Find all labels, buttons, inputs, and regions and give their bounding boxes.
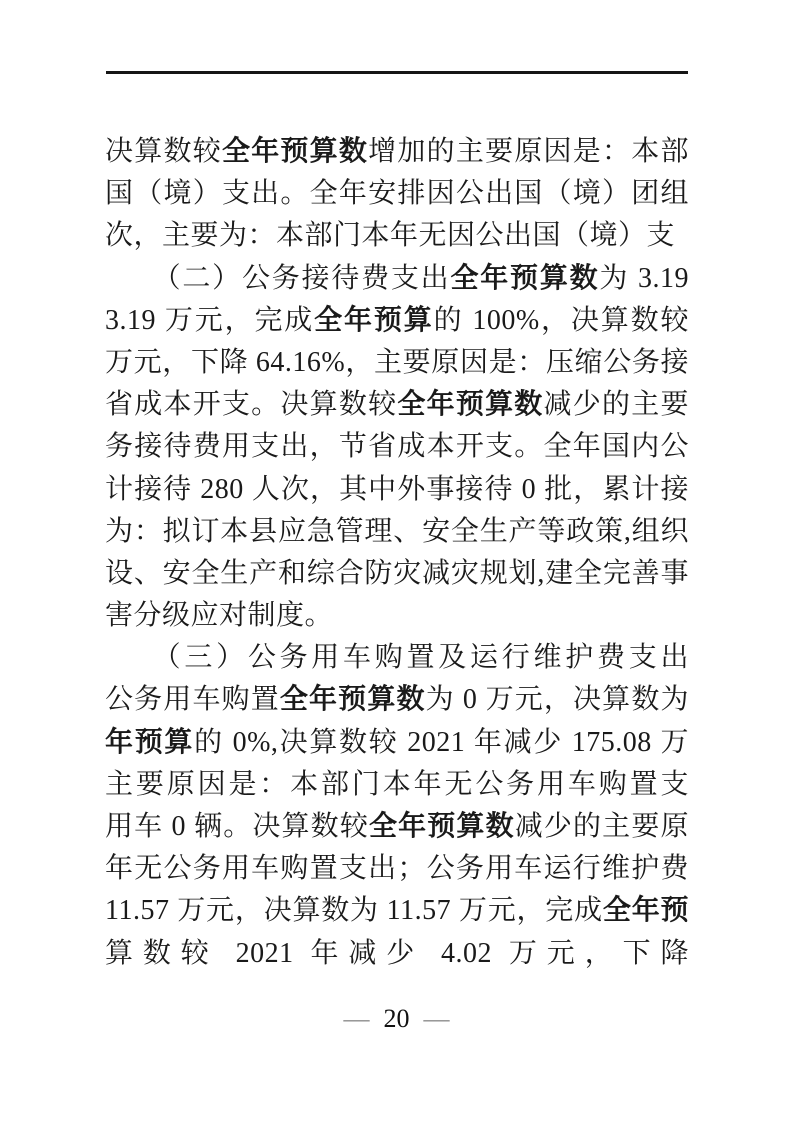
text-segment: 年无公务用车购置支出；公务用车运行维护费支出 (105, 853, 689, 890)
text-line: 3.19 万元，完成全年预算的 100%，决算数较 2021 年减少 5.71 (105, 300, 689, 342)
text-line: 用车 0 辆。决算数较全年预算数减少的主要原因是：本部门本 (105, 806, 689, 848)
text-segment: （三）公务用车购置及运行维护费支出 11.57 万元，其中 (105, 642, 689, 679)
bold-text-segment: 年预算 (105, 727, 194, 758)
text-segment: 省成本开支。决算数较 (105, 389, 397, 420)
text-segment: 万元，下降 64.16%，主要原因是：压缩公务接待费用支出，节 (105, 347, 689, 384)
text-line: 万元，下降 64.16%，主要原因是：压缩公务接待费用支出，节 (105, 342, 689, 384)
text-line: 为：拟订本县应急管理、安全生产等政策,组织编制应急体系建 (105, 511, 689, 553)
text-segment: 务接待费用支出，节省成本开支。全年国内公务接待 30 批，累 (105, 431, 689, 468)
text-line: 决算数较全年预算数增加的主要原因是：本部门本年无因公出 (105, 131, 689, 173)
text-segment: 主要原因是：本部门本年无公务用车购置支出。全年购置公务 (105, 769, 689, 806)
text-segment: 害分级应对制度。 (105, 600, 333, 631)
document-body: 决算数较全年预算数增加的主要原因是：本部门本年无因公出国（境）支出。全年安排因公… (105, 131, 689, 975)
text-line: 年预算的 0%,决算数较 2021 年减少 175.08 万元,下降 175.0… (105, 722, 689, 764)
text-segment: 3.19 万元，完成 (105, 305, 314, 336)
text-line: 计接待 280 人次，其中外事接待 0 批，累计接待 0 人次，主要 (105, 469, 689, 511)
text-segment: 11.57 万元，决算数为 11.57 万元，完成 (105, 895, 603, 926)
document-page: 决算数较全年预算数增加的主要原因是：本部门本年无因公出国（境）支出。全年安排因公… (0, 0, 793, 1122)
text-segment: 设、安全生产和综合防灾减灾规划,建全完善事故灾难和自然灾 (105, 558, 689, 595)
text-line: 次，主要为：本部门本年无因公出国（境）支出。 (105, 215, 689, 257)
text-line: 公务用车购置全年预算数为 0 万元，决算数为 0 万元，完成全 (105, 679, 689, 721)
footer-right-dash: — (410, 1004, 464, 1033)
text-line: （三）公务用车购置及运行维护费支出 11.57 万元，其中 (105, 637, 689, 679)
text-segment: 用车 0 辆。决算数较 (105, 811, 369, 842)
text-segment: （二）公务接待费支出 (153, 263, 451, 294)
text-segment: 国（境）支出。全年安排因公出国（境）团组 0 个，累计 0 人 (105, 178, 689, 215)
text-line: （二）公务接待费支出全年预算数为 3.19 万元，决算数为 (105, 258, 689, 300)
text-segment: 决算数较 (105, 136, 222, 167)
text-line: 务接待费用支出，节省成本开支。全年国内公务接待 30 批，累 (105, 426, 689, 468)
text-segment: 为：拟订本县应急管理、安全生产等政策,组织编制应急体系建 (105, 516, 689, 553)
text-line: 主要原因是：本部门本年无公务用车购置支出。全年购置公务 (105, 764, 689, 806)
bold-text-segment: 全年预算数 (369, 811, 515, 842)
bold-text-segment: 全年预算数 (450, 263, 599, 294)
text-line: 设、安全生产和综合防灾减灾规划,建全完善事故灾难和自然灾 (105, 553, 689, 595)
bold-text-segment: 全年预算数 (397, 389, 543, 420)
header-rule (106, 71, 688, 74)
page-number: 20 (384, 1004, 410, 1033)
text-line: 11.57 万元，决算数为 11.57 万元，完成全年预算的 100%，决 (105, 890, 689, 932)
text-line: 害分级应对制度。 (105, 595, 689, 637)
text-line: 国（境）支出。全年安排因公出国（境）团组 0 个，累计 0 人 (105, 173, 689, 215)
bold-text-segment: 全年预算 (314, 305, 433, 336)
text-line: 年无公务用车购置支出；公务用车运行维护费支出全年预算数 (105, 848, 689, 890)
footer-left-dash: — (330, 1004, 384, 1033)
text-segment: 公务用车购置 (105, 684, 280, 715)
page-footer: —20— (0, 1004, 793, 1034)
text-segment: 算数较 2021 年减少 4.02 万元，下降 25.79 %，主要原因是： (105, 938, 689, 975)
text-segment: 计接待 280 人次，其中外事接待 0 批，累计接待 0 人次，主要 (105, 474, 689, 511)
text-line: 算数较 2021 年减少 4.02 万元，下降 25.79 %，主要原因是： (105, 933, 689, 975)
text-segment: 次，主要为：本部门本年无因公出国（境）支出。 (105, 220, 675, 257)
bold-text-segment: 全年预算数 (280, 684, 426, 715)
text-line: 省成本开支。决算数较全年预算数减少的主要原因是：压缩公 (105, 384, 689, 426)
bold-text-segment: 全年预算数 (222, 136, 368, 167)
